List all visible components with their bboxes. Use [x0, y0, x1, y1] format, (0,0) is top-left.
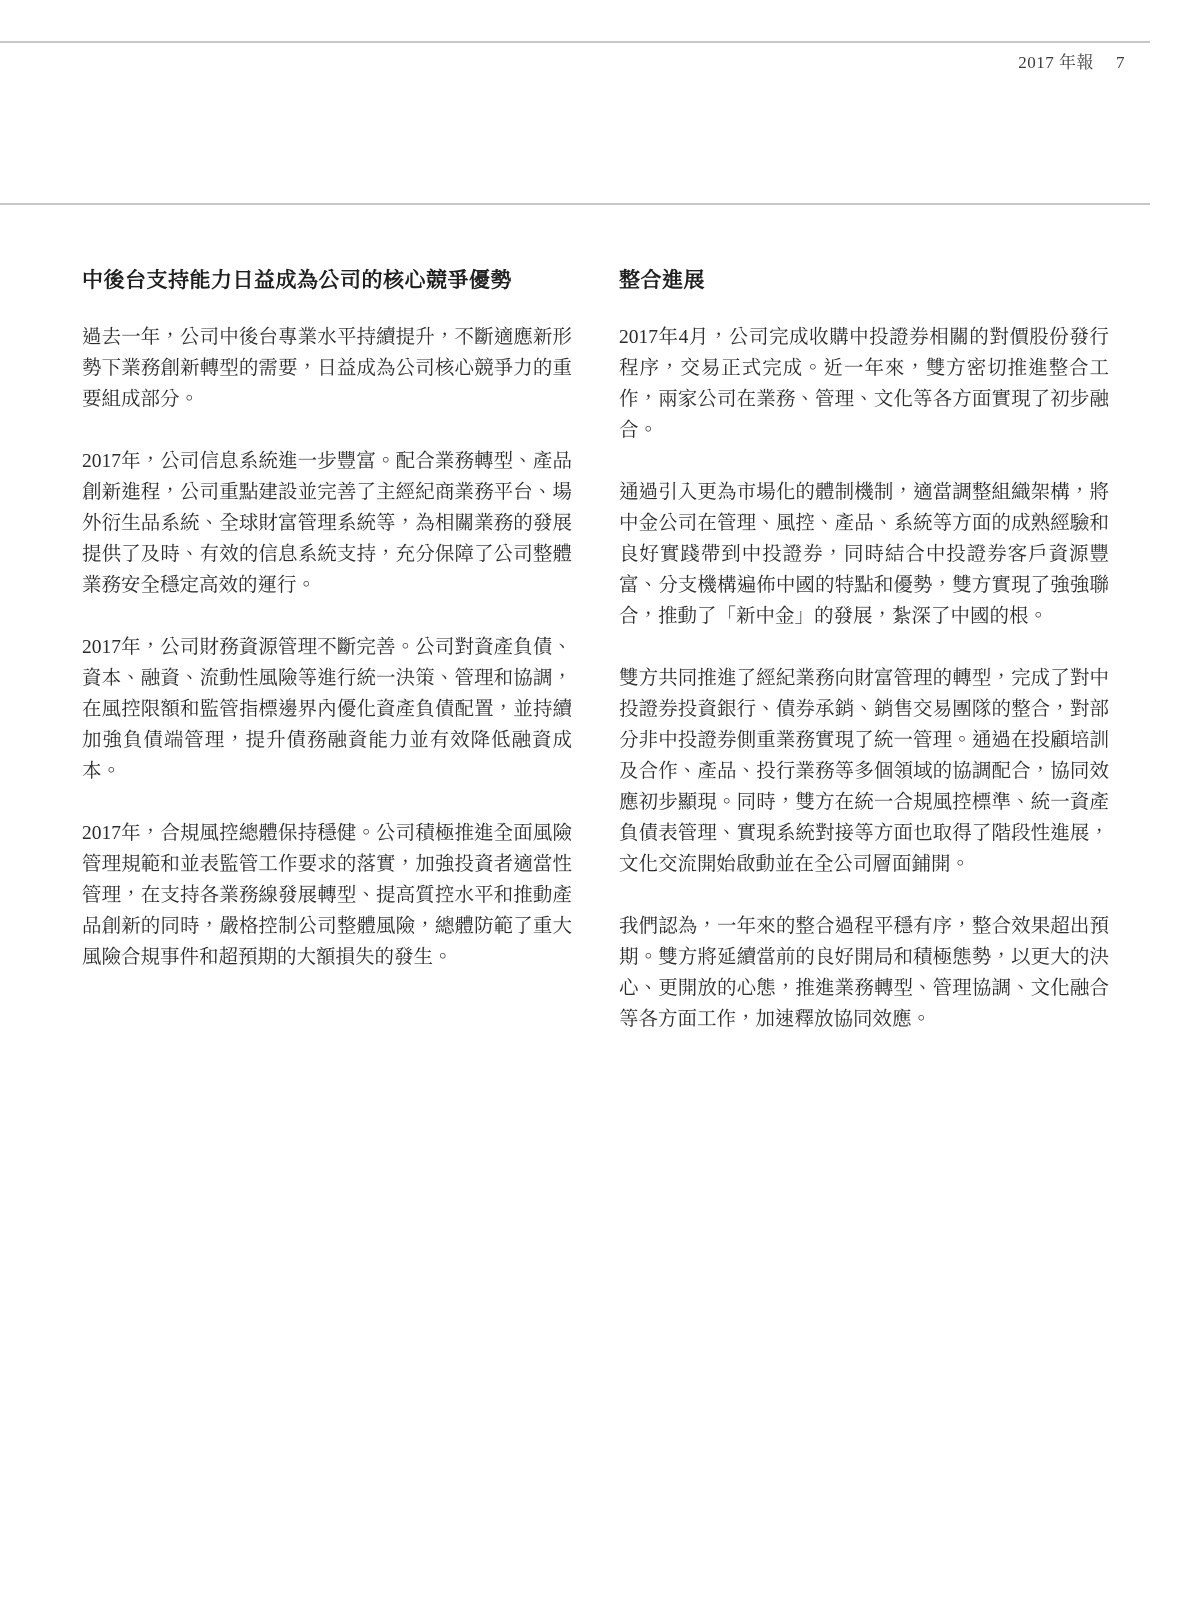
paragraph: 2017年，合規風控總體保持穩健。公司積極推進全面風險管理規範和並表監管工作要求… — [82, 818, 572, 973]
paragraph: 2017年，公司財務資源管理不斷完善。公司對資產負債、資本、融資、流動性風險等進… — [82, 632, 572, 787]
paragraph: 我們認為，一年來的整合過程平穩有序，整合效果超出預期。雙方將延續當前的良好開局和… — [619, 911, 1109, 1035]
report-page: 2017 年報 7 中後台支持能力日益成為公司的核心競爭優勢 過去一年，公司中後… — [0, 0, 1190, 1615]
paragraph: 雙方共同推進了經紀業務向財富管理的轉型，完成了對中投證券投資銀行、債券承銷、銷售… — [619, 663, 1109, 880]
page-header: 2017 年報 7 — [0, 52, 1125, 74]
left-column-heading: 中後台支持能力日益成為公司的核心競爭優勢 — [82, 265, 572, 296]
left-column-body: 過去一年，公司中後台專業水平持續提升，不斷適應新形勢下業務創新轉型的需要，日益成… — [82, 322, 572, 973]
right-column-heading: 整合進展 — [619, 265, 1109, 296]
right-column: 整合進展 2017年4月，公司完成收購中投證券相關的對價股份發行程序，交易正式完… — [619, 265, 1109, 1035]
left-column: 中後台支持能力日益成為公司的核心競爭優勢 過去一年，公司中後台專業水平持續提升，… — [82, 265, 572, 973]
paragraph: 通過引入更為市場化的體制機制，適當調整組織架構，將中金公司在管理、風控、產品、系… — [619, 477, 1109, 632]
paragraph: 過去一年，公司中後台專業水平持續提升，不斷適應新形勢下業務創新轉型的需要，日益成… — [82, 322, 572, 415]
report-title: 2017 年報 — [1018, 52, 1094, 74]
right-column-body: 2017年4月，公司完成收購中投證券相關的對價股份發行程序，交易正式完成。近一年… — [619, 322, 1109, 1035]
paragraph: 2017年，公司信息系統進一步豐富。配合業務轉型、產品創新進程，公司重點建設並完… — [82, 446, 572, 601]
header-bottom-rule — [0, 203, 1150, 205]
paragraph: 2017年4月，公司完成收購中投證券相關的對價股份發行程序，交易正式完成。近一年… — [619, 322, 1109, 446]
header-top-rule — [0, 41, 1150, 43]
page-number: 7 — [1116, 52, 1125, 74]
